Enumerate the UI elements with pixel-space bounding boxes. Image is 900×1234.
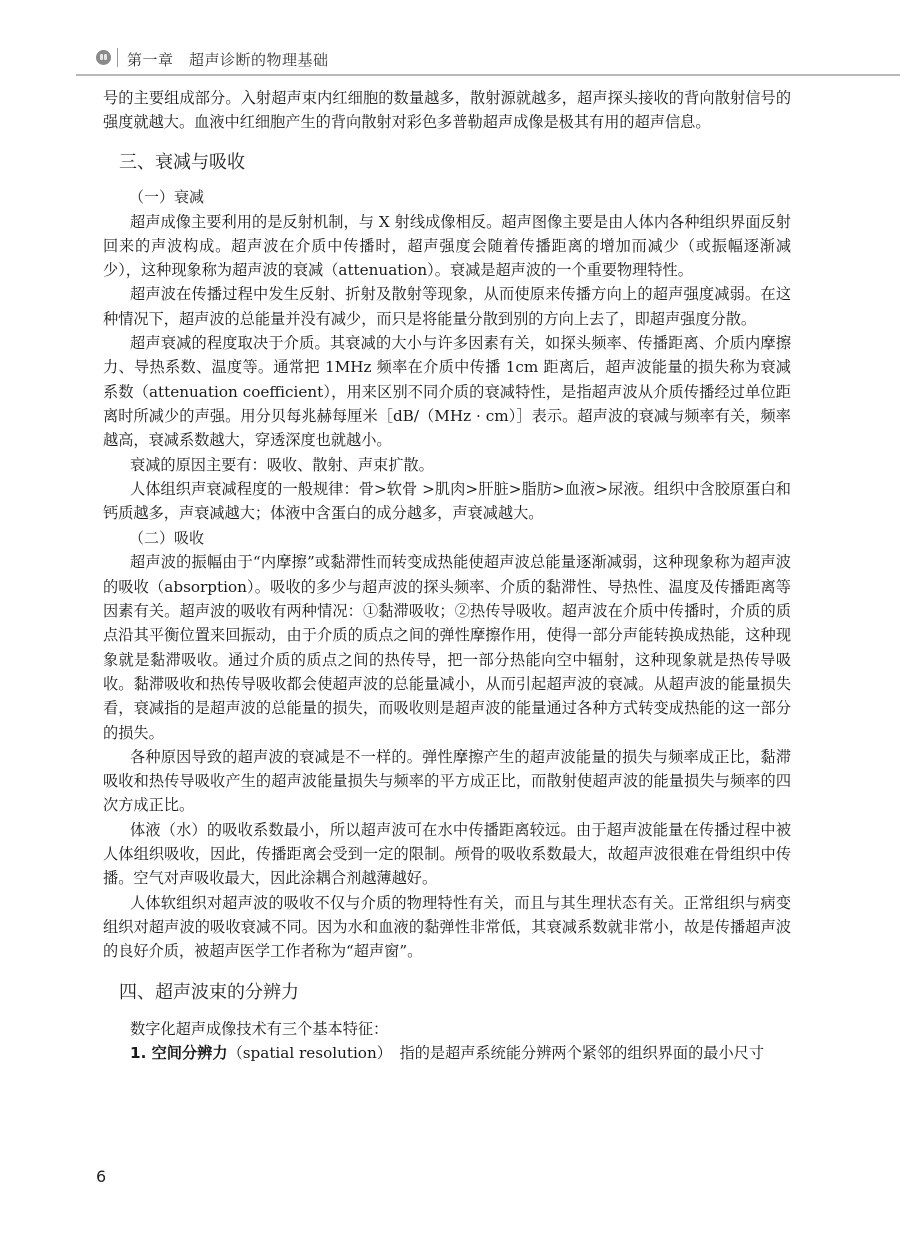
subsection-heading-absorption: （二）吸收 (103, 527, 791, 548)
paragraph: 体液（水）的吸收系数最小，所以超声波可在水中传播距离较远。由于超声波能量在传播过… (103, 818, 791, 891)
book-icon (96, 50, 111, 65)
paragraph: 超声波在传播过程中发生反射、折射及散射等现象，从而使原来传播方向上的超声强度减弱… (103, 282, 791, 331)
section-heading-resolution: 四、超声波束的分辨力 (103, 978, 791, 1004)
item-term: （spatial resolution） (228, 1044, 385, 1062)
paragraph-continued: 号的主要组成部分。入射超声束内红细胞的数量越多，散射源就越多，超声探头接收的背向… (103, 86, 791, 135)
paragraph: 各种原因导致的超声波的衰减是不一样的。弹性摩擦产生的超声波能量的损失与频率成正比… (103, 745, 791, 818)
numbered-item: 1. 空间分辨力（spatial resolution） 指的是超声系统能分辨两… (103, 1041, 791, 1065)
chapter-title: 第一章 超声诊断的物理基础 (127, 49, 329, 70)
paragraph: 超声衰减的程度取决于介质。其衰减的大小与许多因素有关，如探头频率、传播距离、介质… (103, 331, 791, 452)
section-heading-attenuation-absorption: 三、衰减与吸收 (103, 148, 791, 174)
page-number: 6 (96, 1167, 106, 1186)
item-label: 1. 空间分辨力 (130, 1044, 228, 1062)
paragraph: 超声成像主要利用的是反射机制，与 X 射线成像相反。超声图像主要是由人体内各种组… (103, 210, 791, 283)
paragraph: 超声波的振幅由于“内摩擦”或黏滞性而转变成热能使超声波总能量逐渐减弱，这种现象称… (103, 550, 791, 744)
running-header: 第一章 超声诊断的物理基础 (76, 44, 900, 76)
paragraph: 人体软组织对超声波的吸收不仅与介质的物理特性有关，而且与其生理状态有关。正常组织… (103, 891, 791, 964)
header-divider (117, 48, 118, 67)
paragraph: 数字化超声成像技术有三个基本特征： (103, 1017, 791, 1041)
item-text: 指的是超声系统能分辨两个紧邻的组织界面的最小尺寸 (384, 1044, 764, 1062)
paragraph: 衰减的原因主要有：吸收、散射、声束扩散。 (103, 453, 791, 477)
page-body: 号的主要组成部分。入射超声束内红细胞的数量越多，散射源就越多，超声探头接收的背向… (103, 86, 791, 1065)
subsection-heading-attenuation: （一）衰减 (103, 186, 791, 207)
paragraph: 人体组织声衰减程度的一般规律：骨>软骨 >肌肉>肝脏>脂肪>血液>尿液。组织中含… (103, 477, 791, 526)
